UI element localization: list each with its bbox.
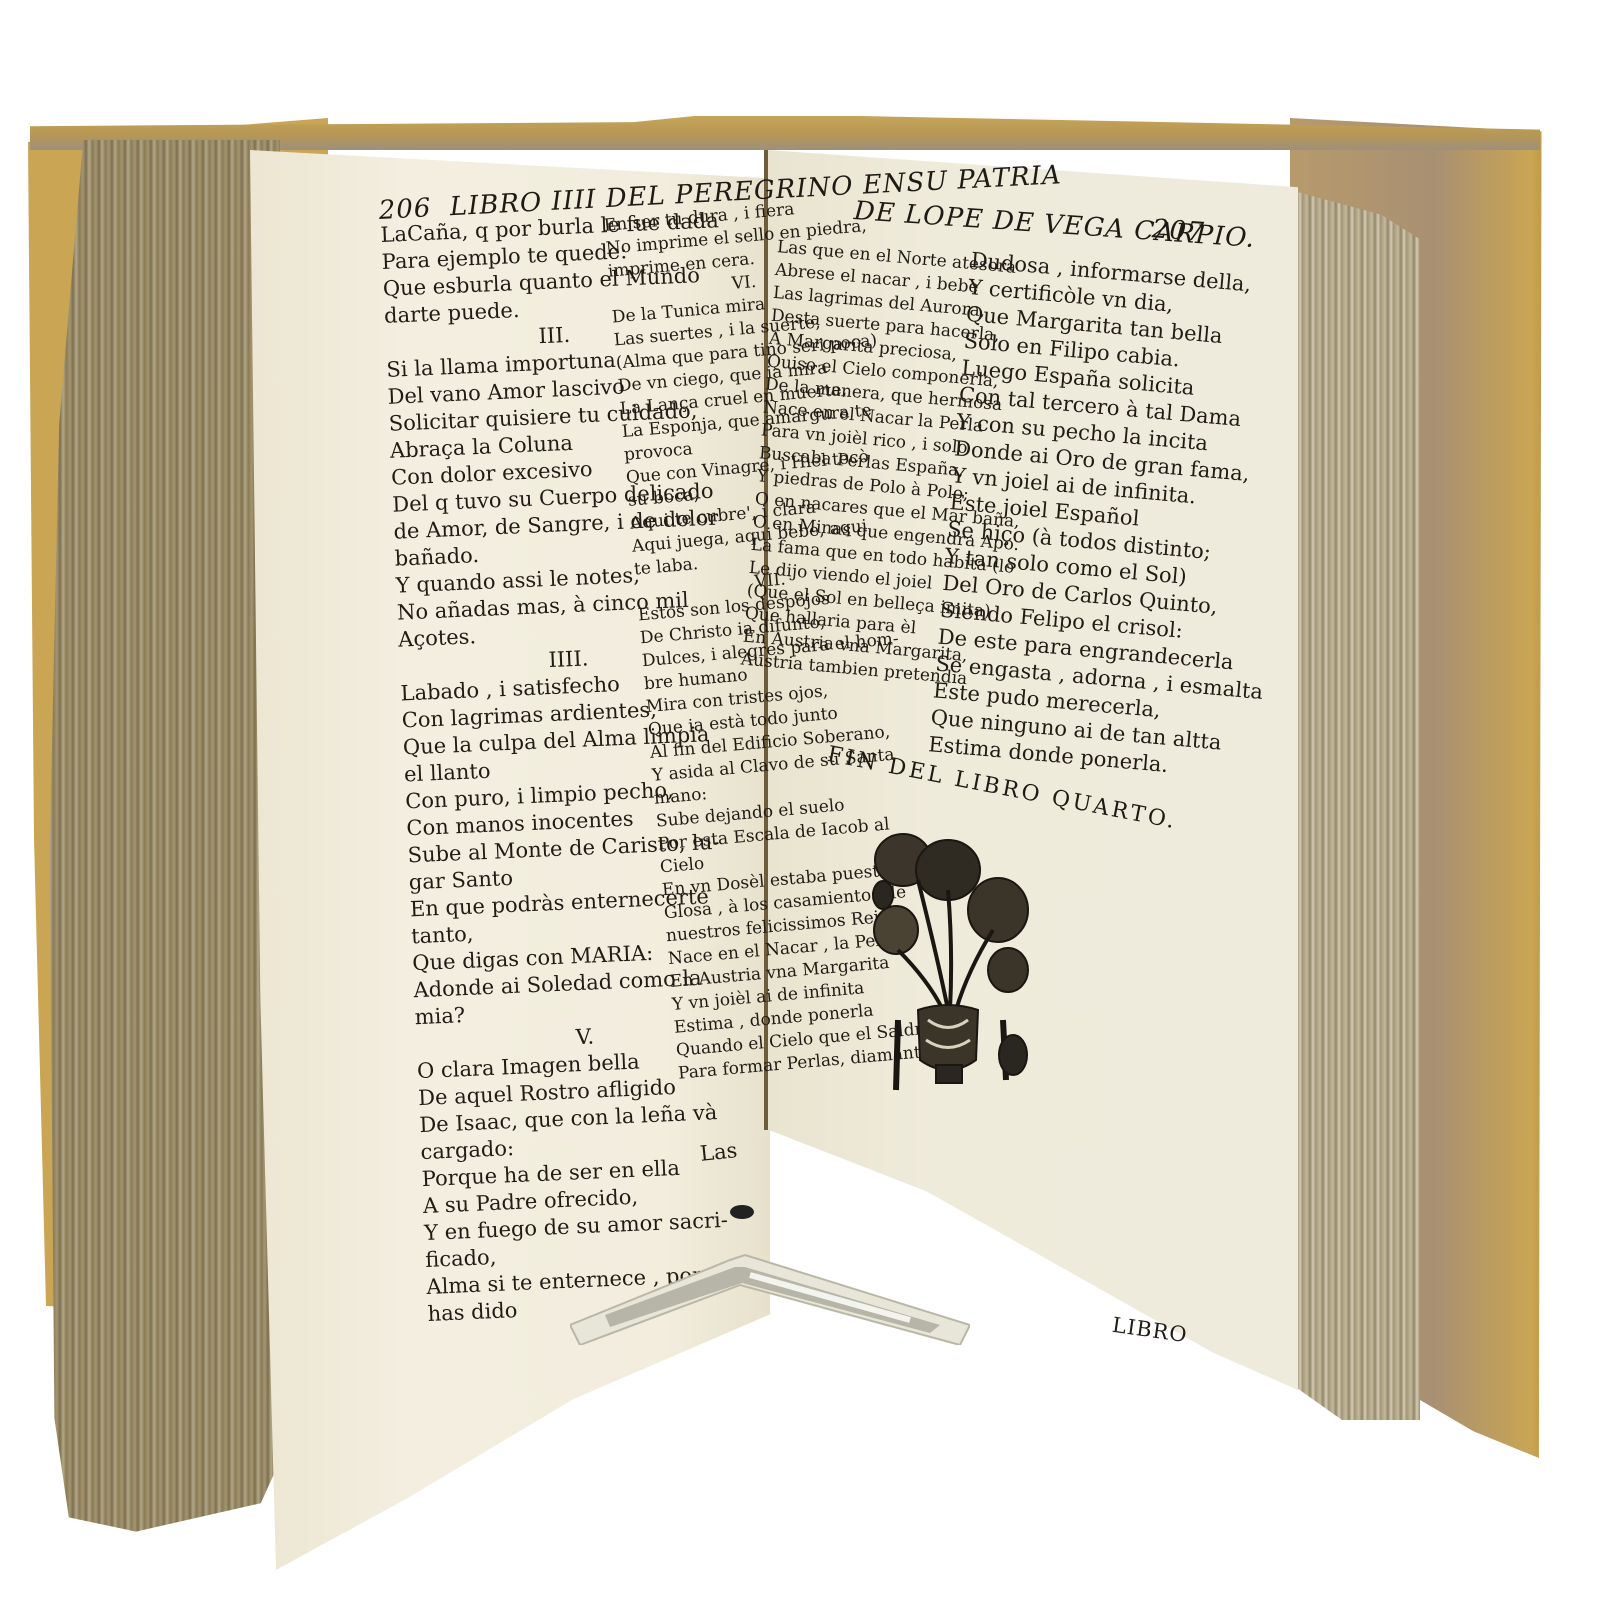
book-photo: 206 LIBRO IIII DEL PEREGRINO ENSU PATRIA… — [0, 0, 1600, 1600]
right-page-column-2: Dudosa , informarse della,Y certificòle … — [927, 247, 1299, 787]
acrylic-book-stand — [570, 1215, 970, 1345]
page-edges-right — [1290, 190, 1420, 1420]
catchword-left: Las — [699, 1138, 739, 1166]
woodcut-flower-vase-icon — [858, 820, 1038, 1100]
page-number-right: 207 — [1151, 214, 1206, 248]
page-edges-left — [40, 140, 280, 1560]
